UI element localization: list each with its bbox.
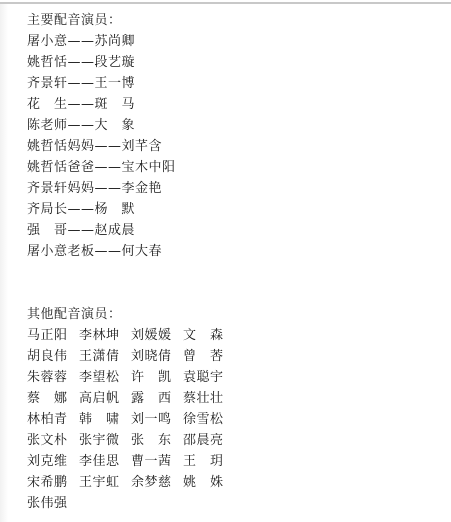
cast-name: 许 凯 bbox=[131, 367, 183, 388]
cast-name: 刘晓倩 bbox=[131, 346, 183, 367]
other-cast-row: 胡良伟 王潇倩 刘晓倩 曾 莕 bbox=[27, 346, 235, 367]
other-cast-row: 林柏青 韩 啸 刘一鸣 徐雪松 bbox=[27, 409, 235, 430]
other-cast-row: 张伟强 bbox=[27, 493, 235, 514]
cast-name: 高启帆 bbox=[79, 388, 131, 409]
cast-name: 余梦慈 bbox=[131, 472, 183, 493]
main-cast-entry: 齐景轩——王一博 bbox=[27, 73, 235, 94]
cast-name: 胡良伟 bbox=[27, 346, 79, 367]
cast-name: 曾 莕 bbox=[183, 346, 235, 367]
cast-name: 张文朴 bbox=[27, 430, 79, 451]
cast-name: 王 玥 bbox=[183, 451, 235, 472]
cast-document: 主要配音演员： 屠小意——苏尚卿 姚哲恬——段艺璇 齐景轩——王一博 花 生——… bbox=[27, 10, 235, 514]
other-cast-row: 刘克维 李佳思 曹一茜 王 玥 bbox=[27, 451, 235, 472]
left-margin-shade bbox=[0, 4, 8, 522]
cast-name: 姚 姝 bbox=[183, 472, 235, 493]
cast-name: 王宇虹 bbox=[79, 472, 131, 493]
cast-name: 韩 啸 bbox=[79, 409, 131, 430]
cast-name: 张伟强 bbox=[27, 493, 79, 514]
cast-name: 王潇倩 bbox=[79, 346, 131, 367]
main-cast-entry: 齐局长——杨 默 bbox=[27, 199, 235, 220]
other-cast-grid: 马正阳 李林坤 刘媛媛 文 森 胡良伟 王潇倩 刘晓倩 曾 莕 朱蓉蓉 李望松 … bbox=[27, 325, 235, 514]
other-cast-heading: 其他配音演员： bbox=[27, 304, 235, 325]
main-cast-entry: 姚哲恬妈妈——刘芊含 bbox=[27, 136, 235, 157]
cast-name: 林柏青 bbox=[27, 409, 79, 430]
cast-name: 蔡 娜 bbox=[27, 388, 79, 409]
main-cast-entry: 陈老师——大 象 bbox=[27, 115, 235, 136]
cast-name: 朱蓉蓉 bbox=[27, 367, 79, 388]
cast-name: 张 东 bbox=[131, 430, 183, 451]
cast-name: 马正阳 bbox=[27, 325, 79, 346]
cast-name: 文 森 bbox=[183, 325, 235, 346]
main-cast-list: 屠小意——苏尚卿 姚哲恬——段艺璇 齐景轩——王一博 花 生——斑 马 陈老师—… bbox=[27, 31, 235, 262]
cast-name: 曹一茜 bbox=[131, 451, 183, 472]
cast-name: 刘媛媛 bbox=[131, 325, 183, 346]
main-cast-heading: 主要配音演员： bbox=[27, 10, 235, 31]
cast-name: 李佳思 bbox=[79, 451, 131, 472]
cast-name: 李林坤 bbox=[79, 325, 131, 346]
cast-name: 张宇微 bbox=[79, 430, 131, 451]
other-cast-row: 蔡 娜 高启帆 露 西 蔡壮壮 bbox=[27, 388, 235, 409]
main-cast-entry: 屠小意老板——何大春 bbox=[27, 241, 235, 262]
cast-name: 徐雪松 bbox=[183, 409, 235, 430]
cast-name: 露 西 bbox=[131, 388, 183, 409]
other-cast-row: 朱蓉蓉 李望松 许 凯 袁聪宇 bbox=[27, 367, 235, 388]
main-cast-entry: 齐景轩妈妈——李金艳 bbox=[27, 178, 235, 199]
cast-name: 蔡壮壮 bbox=[183, 388, 235, 409]
cast-name: 邵晨亮 bbox=[183, 430, 235, 451]
main-cast-entry: 姚哲恬——段艺璇 bbox=[27, 52, 235, 73]
main-cast-entry: 花 生——斑 马 bbox=[27, 94, 235, 115]
cast-name: 袁聪宇 bbox=[183, 367, 235, 388]
cast-name: 李望松 bbox=[79, 367, 131, 388]
other-cast-row: 马正阳 李林坤 刘媛媛 文 森 bbox=[27, 325, 235, 346]
main-cast-entry: 姚哲恬爸爸——宝木中阳 bbox=[27, 157, 235, 178]
main-cast-entry: 强 哥——赵成晨 bbox=[27, 220, 235, 241]
section-spacer bbox=[27, 262, 235, 304]
other-cast-row: 张文朴 张宇微 张 东 邵晨亮 bbox=[27, 430, 235, 451]
other-cast-row: 宋希鹏 王宇虹 余梦慈 姚 姝 bbox=[27, 472, 235, 493]
top-border bbox=[0, 2, 451, 4]
cast-name: 刘克维 bbox=[27, 451, 79, 472]
cast-name: 宋希鹏 bbox=[27, 472, 79, 493]
cast-name: 刘一鸣 bbox=[131, 409, 183, 430]
main-cast-entry: 屠小意——苏尚卿 bbox=[27, 31, 235, 52]
